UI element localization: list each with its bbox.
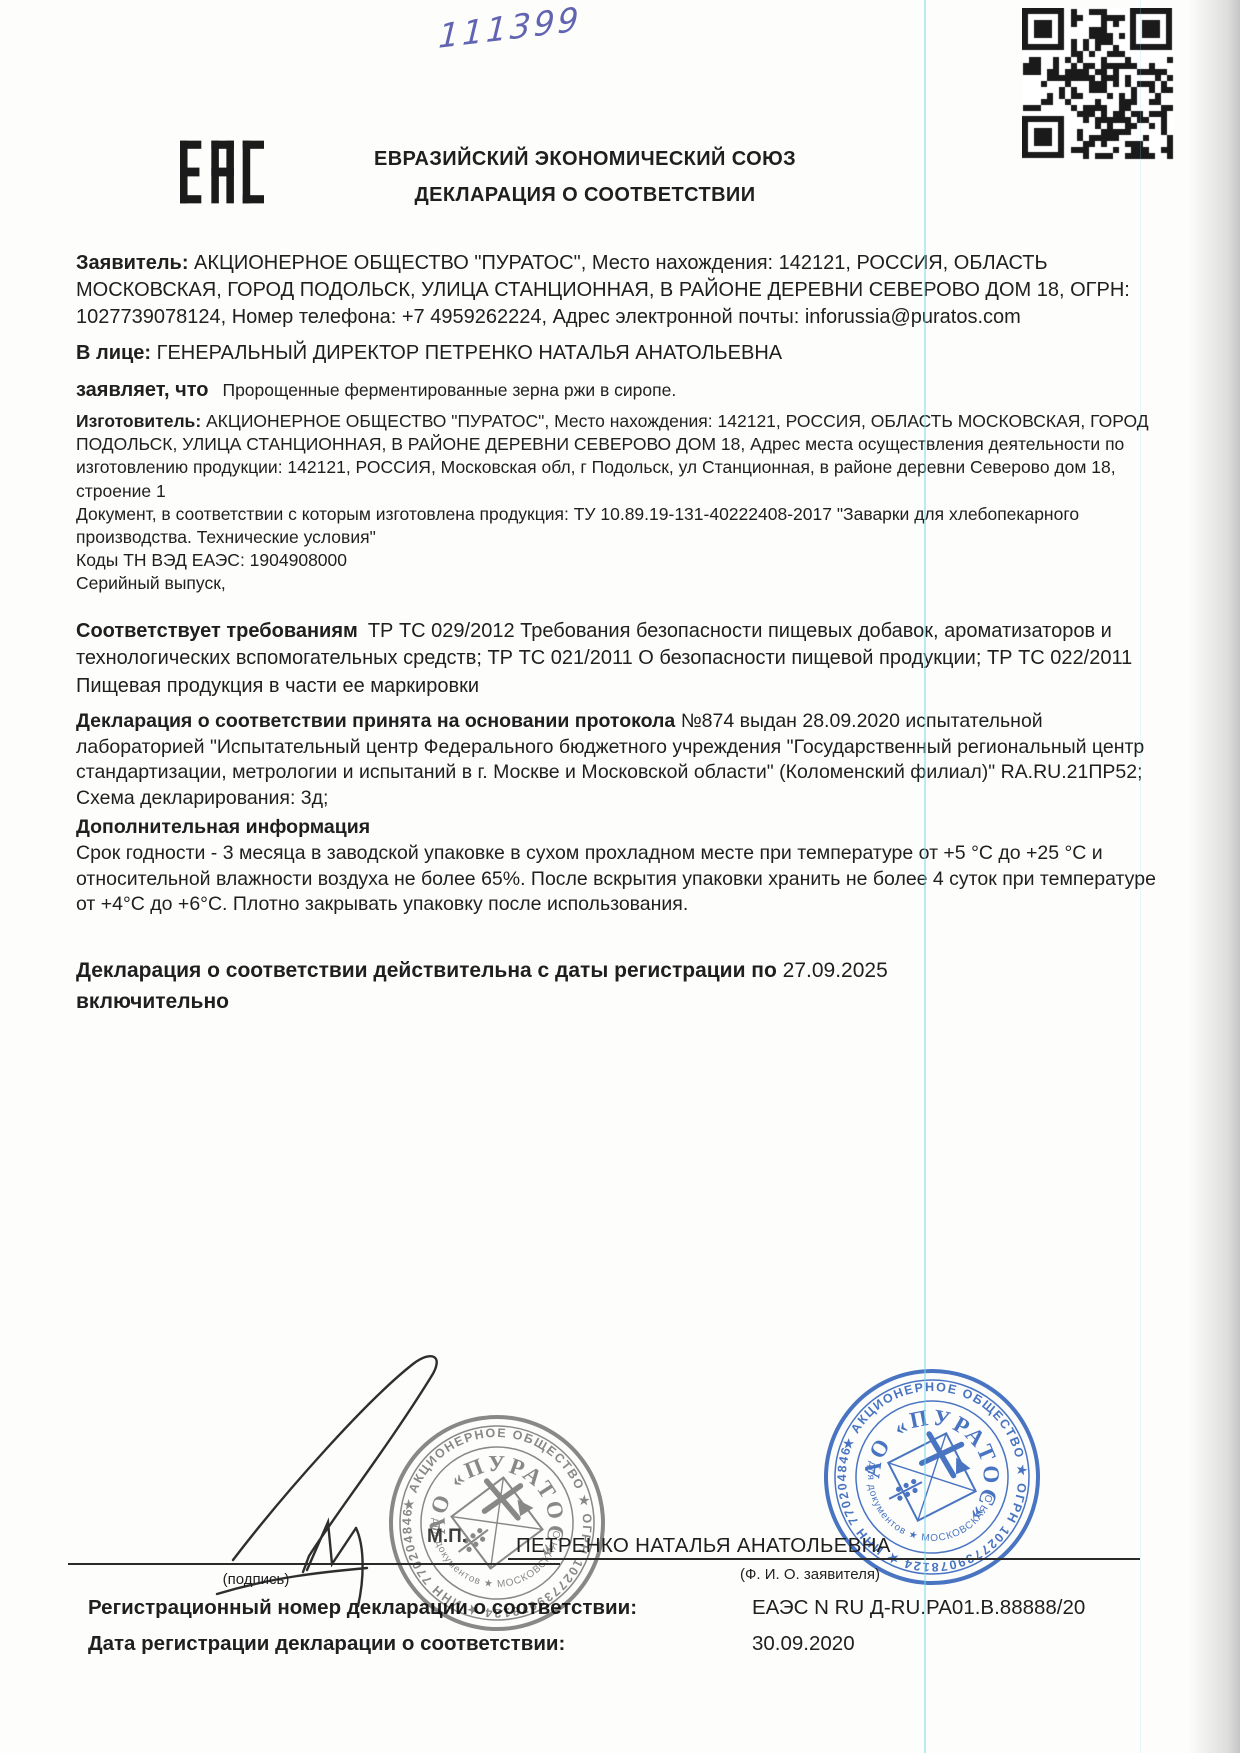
qr-code xyxy=(1022,8,1174,160)
compliance-paragraph: Соответствует требованиямТР ТС 029/2012 … xyxy=(76,618,1170,701)
document-body: Заявитель: АКЦИОНЕРНОЕ ОБЩЕСТВО "ПУРАТОС… xyxy=(76,250,1170,1017)
declares-label: заявляет, что xyxy=(76,379,209,401)
validity-suffix: включительно xyxy=(76,990,229,1013)
name-line xyxy=(508,1558,1140,1560)
manufacturer-label: Изготовитель: xyxy=(76,411,201,431)
manufacturer-text: АКЦИОНЕРНОЕ ОБЩЕСТВО "ПУРАТОС", Место на… xyxy=(76,411,1149,501)
signatory-name: ПЕТРЕНКО НАТАЛЬЯ АНАТОЛЬЕВНА xyxy=(516,1534,891,1558)
name-caption: (Ф. И. О. заявителя) xyxy=(740,1566,880,1583)
validity-date: 27.09.2025 xyxy=(777,959,888,982)
additional-info-heading: Дополнительная информация xyxy=(76,814,1170,841)
eac-mark-logo: ЕАС xyxy=(180,128,264,221)
manufacturer-paragraph: Изготовитель: АКЦИОНЕРНОЕ ОБЩЕСТВО "ПУРА… xyxy=(76,410,1170,503)
registration-date-value: 30.09.2020 xyxy=(752,1632,855,1656)
eac-mark-icon xyxy=(180,128,264,216)
signature-line xyxy=(68,1563,560,1565)
validity-label: Декларация о соответствии действительна … xyxy=(76,959,777,982)
person-text: ГЕНЕРАЛЬНЫЙ ДИРЕКТОР ПЕТРЕНКО НАТАЛЬЯ АН… xyxy=(151,342,782,364)
union-title: ЕВРАЗИЙСКИЙ ЭКОНОМИЧЕСКИЙ СОЮЗ xyxy=(0,148,1170,171)
compliance-label: Соответствует требованиям xyxy=(76,620,358,642)
basis-paragraph: Декларация о соответствии принята на осн… xyxy=(76,709,1170,811)
handwritten-number: 111399 xyxy=(438,0,583,56)
scan-line-artifact xyxy=(924,0,926,1753)
serial-issue-line: Серийный выпуск, xyxy=(76,572,1170,595)
product-name: Пророщенные ферментированные зерна ржи в… xyxy=(223,380,677,400)
applicant-paragraph: Заявитель: АКЦИОНЕРНОЕ ОБЩЕСТВО "ПУРАТОС… xyxy=(76,250,1170,331)
basis-label: Декларация о соответствии принята на осн… xyxy=(76,710,675,732)
person-label: В лице: xyxy=(76,342,151,364)
stamp-place-abbr: М.П. xyxy=(427,1526,467,1548)
applicant-label: Заявитель: xyxy=(76,252,189,274)
scanned-declaration-page: 111399 ЕАС ЕВРАЗИЙСКИЙ ЭКОНОМИЧЕСКИЙ СОЮ… xyxy=(0,0,1240,1753)
person-paragraph: В лице: ГЕНЕРАЛЬНЫЙ ДИРЕКТОР ПЕТРЕНКО НА… xyxy=(76,340,1170,367)
additional-info-text: Срок годности - 3 месяца в заводской упа… xyxy=(76,841,1170,918)
declares-paragraph: заявляет, чтоПророщенные ферментированны… xyxy=(76,377,1170,404)
document-title: ДЕКЛАРАЦИЯ О СООТВЕТСТВИИ xyxy=(0,184,1170,207)
tnved-codes-line: Коды ТН ВЭД ЕАЭС: 1904908000 xyxy=(76,549,1170,572)
validity-paragraph: Декларация о соответствии действительна … xyxy=(76,955,956,1017)
scan-edge-shadow xyxy=(1188,0,1240,1753)
scan-line-artifact-faint xyxy=(1140,0,1141,1753)
applicant-text: АКЦИОНЕРНОЕ ОБЩЕСТВО "ПУРАТОС", Место на… xyxy=(76,252,1130,328)
company-stamp-gray xyxy=(362,1388,632,1658)
signature-caption: (подпись) xyxy=(196,1571,316,1588)
manufacture-document-line: Документ, в соответствии с которым изгот… xyxy=(76,503,1170,549)
